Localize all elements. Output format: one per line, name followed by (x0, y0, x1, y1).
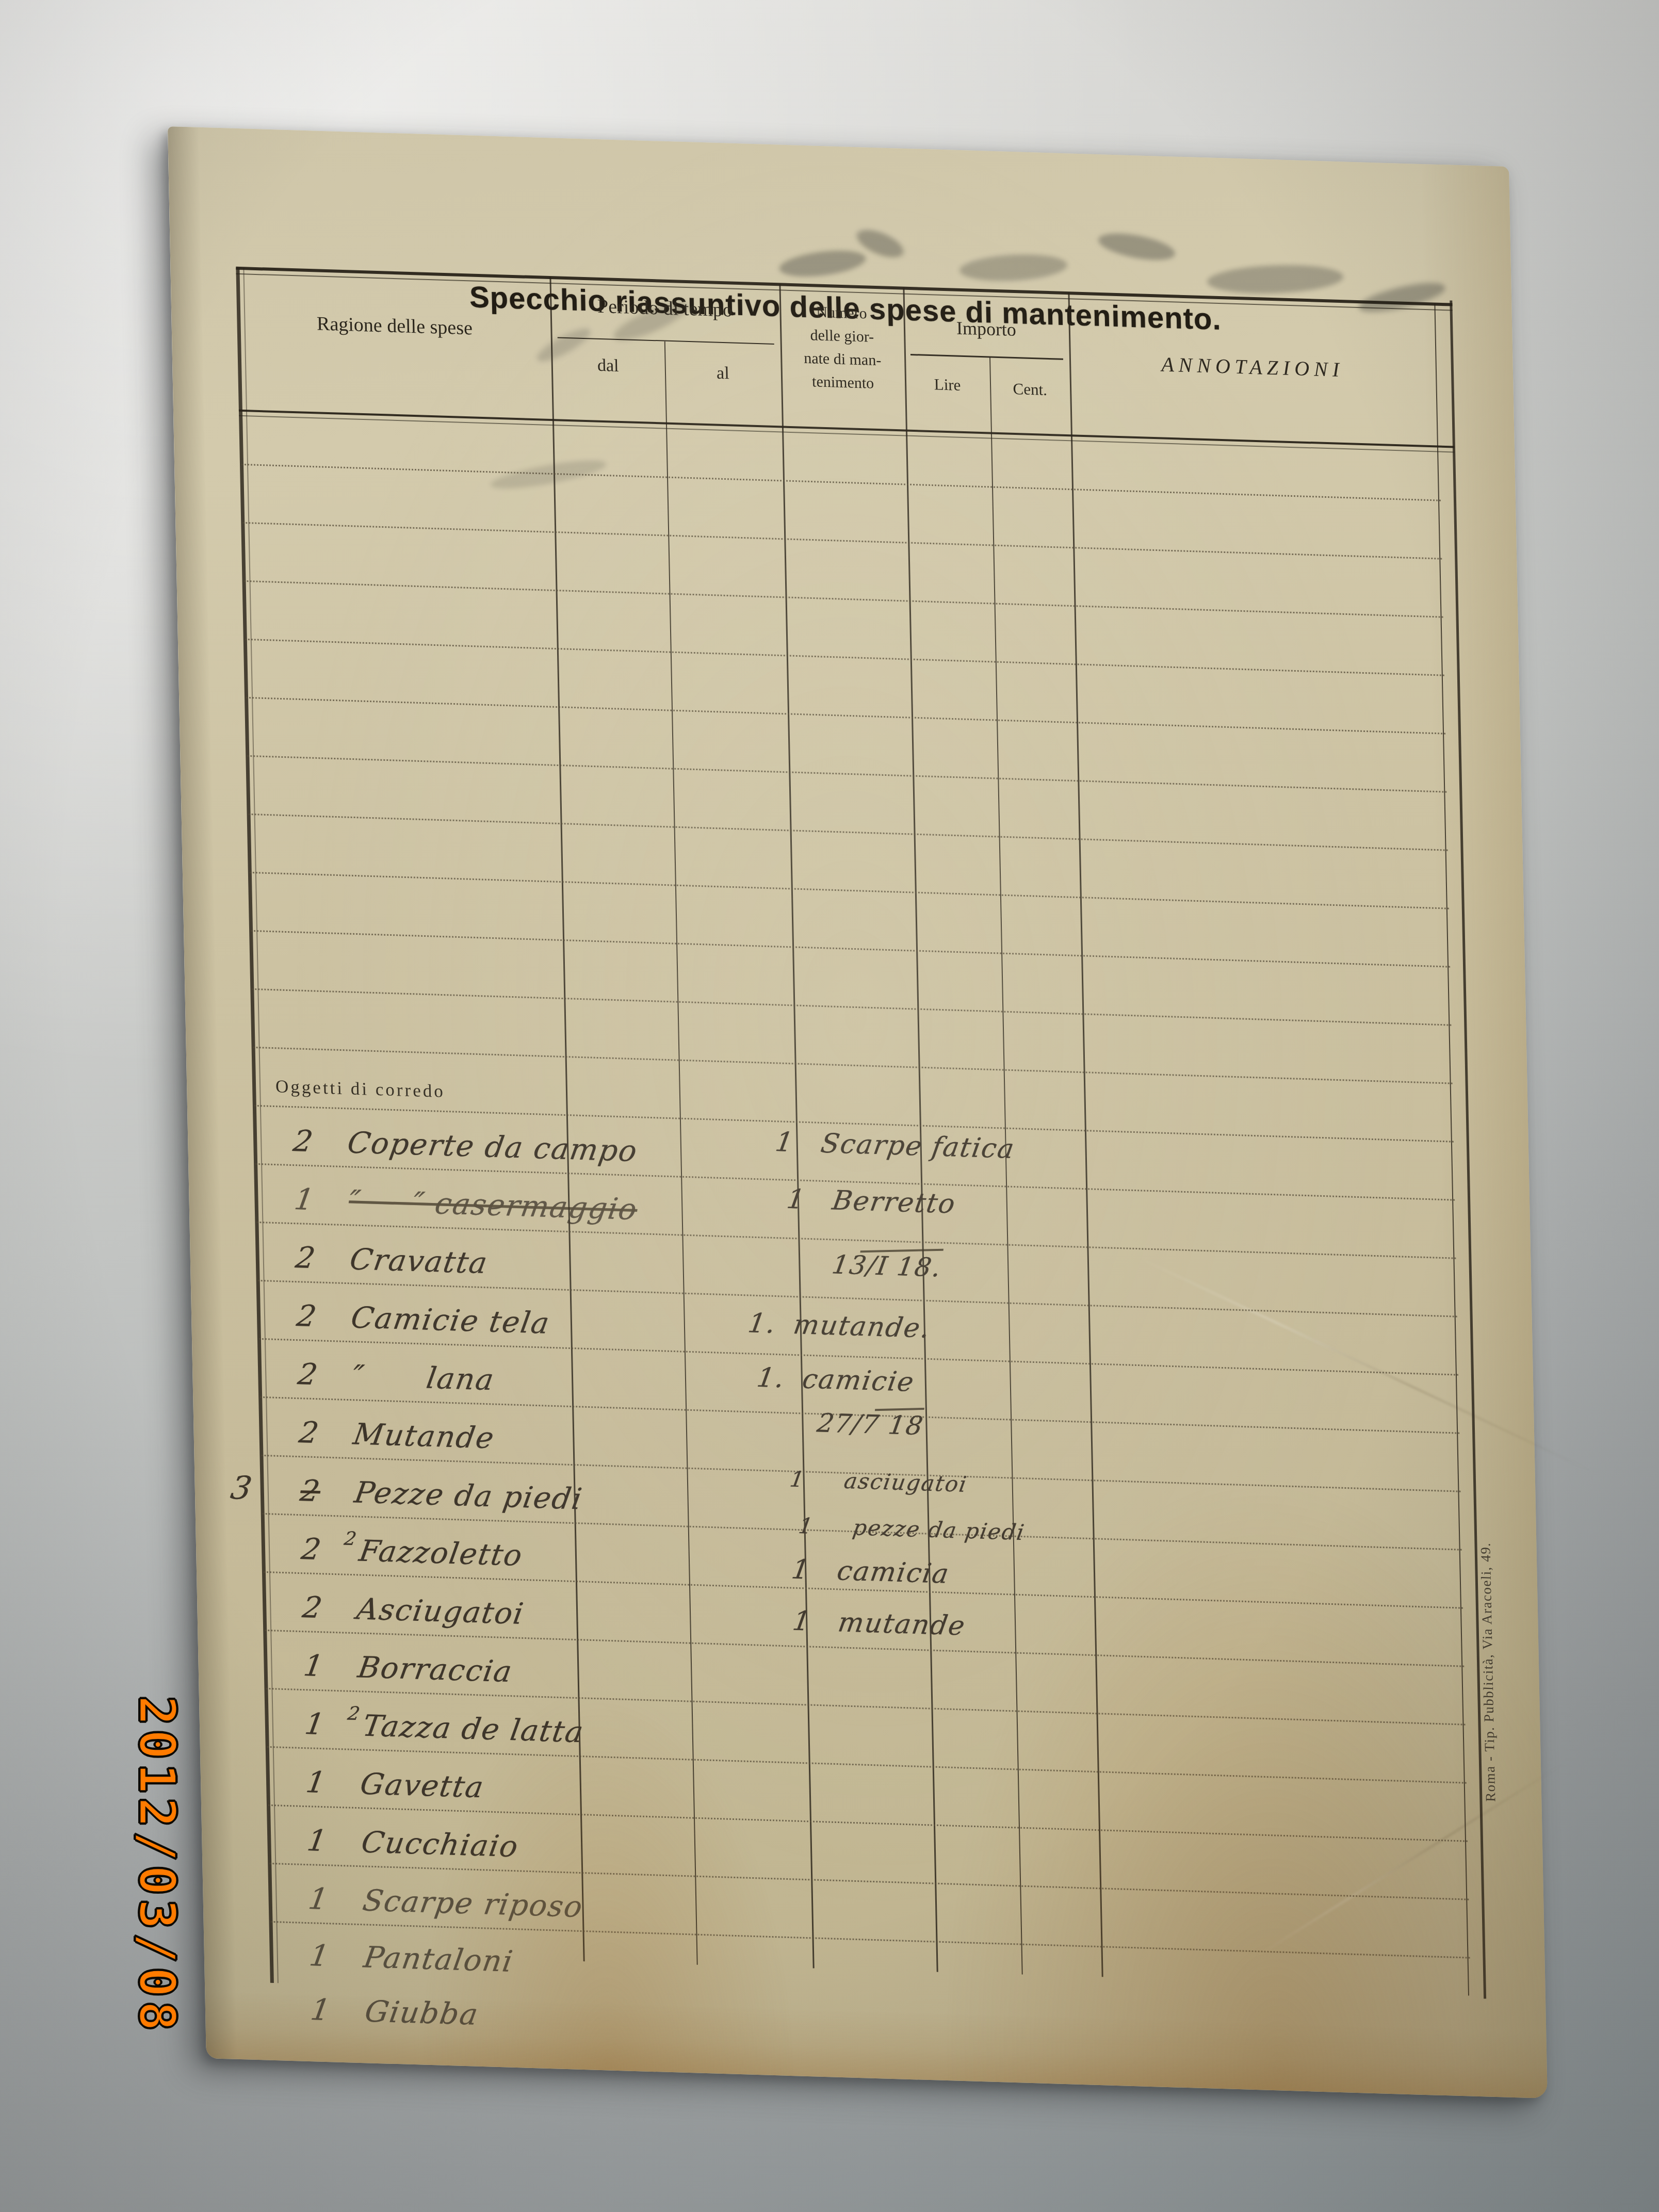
entry-qty: 1 (797, 1513, 855, 1540)
entry-qty: 1 (305, 1824, 364, 1859)
entry-left-3: 2Cravatta (294, 1241, 491, 1280)
entry-qty: 2 (291, 1124, 350, 1160)
entry-item: mutande (836, 1607, 968, 1641)
entry-mid-4: 1.camicie (755, 1362, 917, 1398)
entry-item: Berretto (830, 1185, 958, 1220)
entry-item: Gavetta (358, 1767, 487, 1804)
document-sheet: Specchio riassuntivo delle spese di mant… (168, 126, 1548, 2099)
entry-left-9: 2Asciugatoi (300, 1590, 527, 1631)
entry-qty: 2 (300, 1590, 360, 1626)
entry-left-15: 1Pantaloni (307, 1939, 516, 1978)
entry-date: 13/I 18. (830, 1250, 944, 1283)
entry-left-16: 1Giubba (308, 1993, 481, 2031)
dotted-row-line (252, 988, 1451, 1026)
entry-item: Pantaloni (362, 1940, 516, 1978)
entry-left-5: 2″ lana (296, 1357, 497, 1397)
entry-left-8: 22Fazzoletto (299, 1532, 525, 1572)
entry-mid-7: 1camicia (790, 1554, 952, 1590)
entry-qty: 1 (306, 1882, 365, 1917)
entry-mid-8: 1mutande (791, 1606, 968, 1642)
entry-qty: 1 (773, 1127, 823, 1159)
entry-qty: 1 (308, 1993, 368, 2028)
entry-item: Pezze da piedi (352, 1475, 585, 1516)
entry-qty: 1. (746, 1308, 796, 1340)
entry-item: Asciugatoi (354, 1592, 527, 1631)
dotted-row-line (246, 697, 1445, 735)
row-lines (168, 126, 1548, 2099)
dotted-row-line (244, 580, 1443, 618)
entry-qty: 2 (295, 1299, 354, 1335)
entry-qty: 2 (297, 1416, 356, 1451)
dotted-row-line (242, 522, 1442, 560)
entry-qty: 1 (791, 1606, 841, 1638)
entry-mid-2: 1Berretto (785, 1184, 958, 1219)
entry-mid-date-2: 27/7 18 (815, 1408, 926, 1441)
entry-mid-3: 1.mutande. (746, 1308, 933, 1344)
entry-item: Fazzoletto (357, 1534, 525, 1573)
dotted-row-line (250, 872, 1449, 909)
entry-item: Scarpe fatica (819, 1128, 1017, 1165)
entry-qty: 1 (301, 1649, 361, 1684)
dotted-row-line (249, 814, 1448, 851)
entry-item: Cravatta (348, 1242, 491, 1280)
entry-qty: 1 (307, 1939, 367, 1974)
entry-left-13: 1Cucchiaio (305, 1824, 521, 1864)
camera-date-stamp: 2012/03/08 (124, 1696, 186, 2103)
entry-item: Mutande (351, 1417, 497, 1455)
entry-item: ″ lana (350, 1359, 497, 1397)
photo-surface: Specchio riassuntivo delle spese di mant… (0, 0, 1659, 2212)
entry-date: 27/7 18 (815, 1408, 926, 1441)
entry-qty: 2 (294, 1241, 353, 1276)
entry-left-12: 1Gavetta (304, 1765, 487, 1804)
dotted-row-line (253, 1047, 1453, 1084)
dotted-row-line (241, 464, 1441, 501)
entry-qty: 1 (292, 1182, 351, 1218)
entry-mid-5: 1asciugatoi (788, 1467, 969, 1497)
entry-item: mutande. (791, 1309, 933, 1344)
entry-item: Scarpe riposo (360, 1883, 585, 1924)
dotted-row-line (251, 930, 1450, 968)
entry-qty: 2 (296, 1357, 355, 1393)
entry-left-6: 2Mutande (297, 1416, 497, 1455)
entry-qty: 1 (785, 1184, 835, 1216)
entry-item: Cucchiaio (359, 1825, 521, 1864)
entry-item: Giubba (363, 1994, 481, 2031)
entry-item: Tazza de latta (361, 1709, 587, 1749)
entry-item: Camicie tela (349, 1300, 552, 1340)
entry-item: asciugatoi (842, 1468, 969, 1497)
entry-item: pezze da piedi (851, 1515, 1027, 1545)
entry-qty: 1. (755, 1362, 805, 1394)
dotted-row-line (245, 639, 1444, 676)
entry-qty-struck: 2 (298, 1474, 357, 1509)
dotted-row-line (247, 755, 1446, 793)
entry-item: camicia (835, 1555, 952, 1589)
entry-item: camicie (800, 1364, 917, 1398)
entry-item: Borraccia (355, 1650, 515, 1689)
entry-left-10: 1Borraccia (301, 1649, 515, 1689)
entry-qty: 1 (304, 1765, 363, 1801)
entry-qty: 1 (788, 1467, 847, 1493)
entry-qty: 1 (790, 1554, 840, 1586)
entry-mid-date-1: 13/I 18. (830, 1250, 944, 1283)
